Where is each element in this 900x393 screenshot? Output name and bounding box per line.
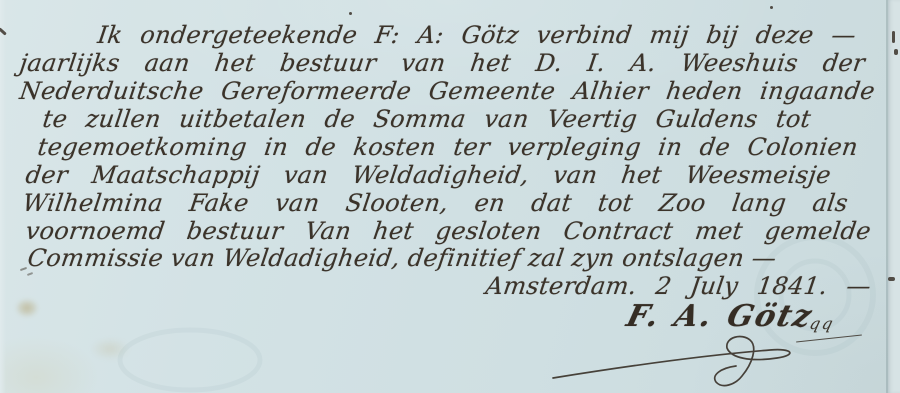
manuscript-line-7: Wilhelmina Fake van Slooten, en dat tot … <box>21 188 850 218</box>
dateline: Amsterdam. 2 July 1841. — <box>484 271 873 301</box>
ink-speck <box>349 12 352 15</box>
manuscript-line-3: Nederduitsche Gereformeerde Gemeente Alh… <box>18 76 877 106</box>
ink-speck <box>894 49 898 55</box>
manuscript-line-1: Ik ondergeteekende F: A: Götz verbind mi… <box>96 20 858 50</box>
manuscript-line-6: der Maatschappij van Weldadigheid, van h… <box>24 160 833 190</box>
paper-watermark <box>110 320 270 393</box>
manuscript-line-4: te zullen uitbetalen de Somma van Veerti… <box>41 104 813 134</box>
ink-speck <box>892 31 895 43</box>
manuscript-line-2: jaarlijks aan het bestuur van het D. I. … <box>18 48 867 78</box>
ink-speck <box>770 6 773 9</box>
signature-paraph: qq <box>808 314 837 333</box>
manuscript-line-8: voornoemd bestuur Van het gesloten Contr… <box>24 216 873 246</box>
paper-left-edge <box>0 0 6 393</box>
signature-flourish <box>545 328 835 393</box>
page-fold-edge <box>886 0 888 393</box>
signature: F. A. Götz <box>623 298 817 336</box>
paper-stain <box>84 334 136 364</box>
manuscript-line-9: Commissie van Weldadigheid, definitief z… <box>26 243 770 273</box>
manuscript-page: Ik ondergeteekende F: A: Götz verbind mi… <box>0 0 900 393</box>
ink-speck <box>888 277 895 281</box>
manuscript-line-5: tegemoetkoming in de kosten ter verplegi… <box>36 132 860 162</box>
paper-right-edge <box>888 0 900 393</box>
ink-speck <box>0 27 7 35</box>
paper-stain <box>12 296 42 320</box>
